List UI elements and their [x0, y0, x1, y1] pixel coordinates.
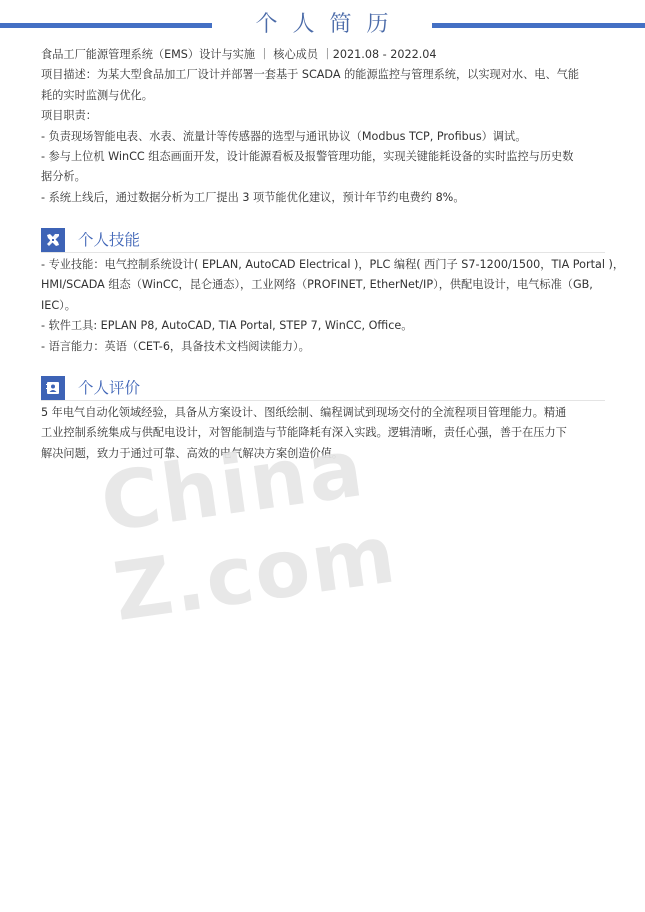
project-duty-line: - 负责现场智能电表、水表、流量计等传感器的选型与通讯协议（Modbus TCP… — [41, 127, 605, 147]
page-title: 个人简历 — [212, 10, 432, 40]
contact-card-icon — [41, 376, 65, 400]
skills-line: HMI/SCADA 组态（WinCC，昆仑通态），工业网络（PROFINET, … — [41, 275, 605, 295]
skills-line: - 专业技能：电气控制系统设计( EPLAN, AutoCAD Electric… — [41, 255, 605, 275]
skills-section-header: 个人技能 — [41, 226, 605, 253]
project-duty-line: - 参与上位机 WinCC 组态画面开发，设计能源看板及报警管理功能，实现关键能… — [41, 147, 605, 167]
tools-icon — [41, 228, 65, 252]
project-duty-line: 据分析。 — [41, 167, 605, 187]
skills-line: - 语言能力：英语（CET-6，具备技术文档阅读能力）。 — [41, 337, 605, 357]
project-headline: 食品工厂能源管理系统（EMS）设计与实施 ｜ 核心成员 ｜2021.08 - 2… — [41, 45, 605, 65]
project-section: 食品工厂能源管理系统（EMS）设计与实施 ｜ 核心成员 ｜2021.08 - 2… — [41, 45, 605, 208]
header-rule-right — [432, 23, 645, 28]
skills-line: - 软件工具: EPLAN P8, AutoCAD, TIA Portal, S… — [41, 316, 605, 336]
project-description-line: 耗的实时监测与优化。 — [41, 86, 605, 106]
project-duties-label: 项目职责： — [41, 106, 605, 126]
evaluation-line: 解决问题，致力于通过可靠、高效的电气解决方案创造价值。 — [41, 444, 605, 464]
evaluation-section-title: 个人评价 — [78, 376, 140, 400]
project-description-line: 项目描述：为某大型食品加工厂设计并部署一套基于 SCADA 的能源监控与管理系统… — [41, 65, 605, 85]
evaluation-line: 工业控制系统集成与供配电设计，对智能制造与节能降耗有深入实践。逻辑清晰，责任心强… — [41, 423, 605, 443]
header-rule-left — [0, 23, 212, 28]
evaluation-line: 5 年电气自动化领域经验，具备从方案设计、图纸绘制、编程调试到现场交付的全流程项… — [41, 403, 605, 423]
skills-section: - 专业技能：电气控制系统设计( EPLAN, AutoCAD Electric… — [41, 255, 605, 357]
skills-section-title: 个人技能 — [78, 228, 140, 252]
resume-header: 个人简历 — [0, 0, 645, 50]
project-duty-line: - 系统上线后，通过数据分析为工厂提出 3 项节能优化建议，预计年节约电费约 8… — [41, 188, 605, 208]
evaluation-section-header: 个人评价 — [41, 374, 605, 401]
evaluation-section: 5 年电气自动化领域经验，具备从方案设计、图纸绘制、编程调试到现场交付的全流程项… — [41, 403, 605, 464]
skills-line: IEC）。 — [41, 296, 605, 316]
